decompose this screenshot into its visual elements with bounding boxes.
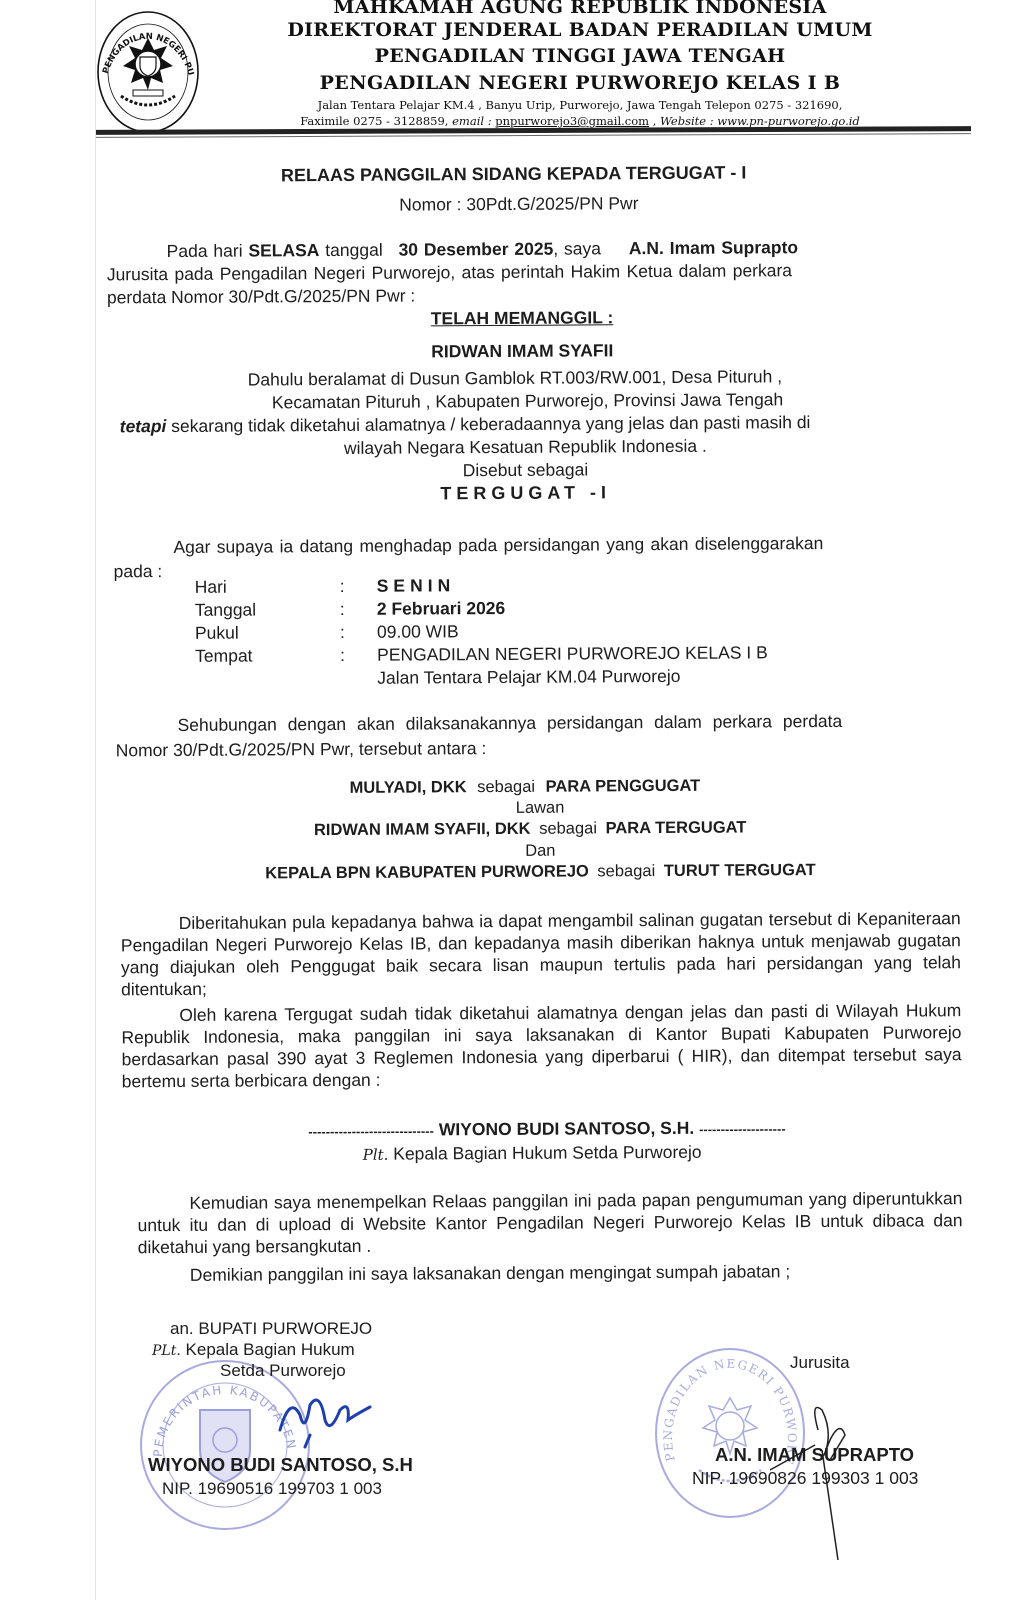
schedule-value: 09.00 WIB — [377, 620, 459, 643]
title-text: Kepala Bagian Hukum — [181, 1340, 355, 1359]
sig-left-title-2: Setda Purworejo — [220, 1360, 346, 1381]
schedule-label: Tanggal — [195, 598, 340, 622]
sig-right-name: A.N. IMAM SUPRAPTO — [715, 1444, 914, 1465]
schedule-row-time: Pukul : 09.00 WIB — [195, 618, 768, 644]
dashes: -------------------- — [699, 1121, 786, 1137]
co-defendant-role: TURUT TERGUGAT — [664, 861, 816, 880]
schedule-value: PENGADILAN NEGERI PURWOREJO KELAS I B — [377, 641, 768, 666]
sig-left-title-1: PLt. Kepala Bagian Hukum — [152, 1339, 355, 1362]
sebagai: sebagai — [477, 778, 535, 796]
schedule-colon: : — [340, 644, 377, 667]
notice-paragraph-1: Diberitahukan pula kepadanya bahwa ia da… — [121, 907, 962, 1000]
schedule-row-day: Hari : SENIN — [195, 572, 768, 598]
email-link[interactable]: pnpurworejo3@gmail.com — [495, 114, 649, 128]
closing-paragraph-1: Kemudian saya menempelkan Relaas panggil… — [137, 1187, 962, 1258]
opening-text: tanggal — [319, 240, 388, 260]
officer-name: A.N. Imam Suprapto — [629, 237, 798, 258]
tetapi: tetapi — [120, 416, 167, 436]
defendant-name: RIDWAN IMAM SYAFII — [0, 337, 1035, 365]
hearing-schedule: Hari : SENIN Tanggal : 2 Februari 2026 P… — [195, 572, 768, 690]
fax: Faximile 0275 - 3128859, — [300, 114, 452, 128]
plaintiff-name: MULYADI, DKK — [350, 778, 467, 797]
dashes: ----------------------------- — [308, 1123, 434, 1139]
case-number: Nomor : 30Pdt.G/2025/PN Pwr — [0, 190, 1035, 218]
document-title: RELAAS PANGGILAN SIDANG KEPADA TERGUGAT … — [0, 160, 1031, 188]
opening-line-3: perdata Nomor 30/Pdt.G/2025/PN Pwr : — [107, 285, 415, 309]
schedule-label: Hari — [195, 575, 340, 599]
sig-right-role: Jurusita — [790, 1352, 850, 1373]
case-line-1: Sehubungan dengan akan dilaksanakannya p… — [177, 710, 842, 736]
schedule-row-date: Tanggal : 2 Februari 2026 — [195, 595, 768, 621]
email-label: email : — [452, 114, 495, 128]
schedule-colon: : — [340, 575, 377, 598]
letterhead-line-3: PENGADILAN TINGGI JAWA TENGAH — [240, 43, 920, 69]
co-defendant-name: KEPALA BPN KABUPATEN PURWOREJO — [265, 862, 589, 882]
schedule-value: SENIN — [377, 574, 456, 597]
letterhead-line-4: PENGADILAN NEGERI PURWOREJO KELAS I B — [240, 69, 920, 97]
schedule-row-place-address: Jalan Tentara Pelajar KM.04 Purworejo — [195, 664, 768, 690]
signature-scribble-left-icon — [270, 1385, 380, 1455]
closing-paragraph-2: Demikian panggilan ini saya laksanakan d… — [190, 1260, 790, 1286]
plt-handwritten: PLt. — [152, 1343, 181, 1359]
sig-left-on-behalf: an. BUPATI PURWOREJO — [170, 1318, 372, 1339]
opening-text: Pada hari — [167, 241, 249, 261]
letterhead-line-2: DIREKTORAT JENDERAL BADAN PERADILAN UMUM — [240, 18, 920, 43]
defendants-name: RIDWAN IMAM SYAFII, DKK — [314, 820, 531, 839]
schedule-label — [195, 667, 340, 691]
hearing-intro: Agar supaya ia datang menghadap pada per… — [173, 532, 823, 558]
letterhead-line-1: MAHKAMAH AGUNG REPUBLIK INDONESIA — [240, 0, 920, 18]
sig-right-nip: NIP. 19690826 199303 1 003 — [692, 1468, 918, 1489]
schedule-row-place: Tempat : PENGADILAN NEGERI PURWOREJO KEL… — [195, 641, 768, 667]
schedule-label: Pukul — [195, 621, 340, 645]
schedule-colon — [340, 667, 377, 690]
met-with-name: WIYONO BUDI SANTOSO, S.H. — [434, 1118, 699, 1140]
opening-text: , saya — [553, 238, 607, 258]
schedule-value: Jalan Tentara Pelajar KM.04 Purworejo — [377, 665, 680, 690]
sig-left-nip: NIP. 19690516 199703 1 003 — [162, 1478, 382, 1499]
unknown-text: sekarang tidak diketahui alamatnya / keb… — [166, 412, 810, 436]
hearing-pada: pada : — [114, 560, 163, 582]
separator: , — [649, 114, 660, 128]
sig-left-name: WIYONO BUDI SANTOSO, S.H — [148, 1454, 413, 1475]
schedule-value: 2 Februari 2026 — [377, 597, 506, 621]
letterhead: MAHKAMAH AGUNG REPUBLIK INDONESIA DIREKT… — [240, 0, 920, 129]
court-logo-icon: PENGADILAN NEGERI PURWOREJO — [93, 8, 203, 136]
opening-day: SELASA — [248, 240, 319, 260]
sebagai: sebagai — [539, 819, 597, 837]
defendant-unknown-1: tetapi sekarang tidak diketahui alamatny… — [120, 411, 811, 437]
position-text: Kepala Bagian Hukum Setda Purworejo — [388, 1142, 701, 1164]
plt-handwritten: Plt. — [363, 1146, 389, 1164]
website-label: Website : — [660, 114, 717, 128]
case-line-2: Nomor 30/Pdt.G/2025/PN Pwr, tersebut ant… — [116, 737, 487, 761]
notice-paragraph-2: Oleh karena Tergugat sudah tidak diketah… — [121, 999, 962, 1092]
defendants-role: PARA TERGUGAT — [606, 818, 747, 837]
schedule-colon: : — [340, 598, 377, 621]
schedule-label: Tempat — [195, 644, 340, 668]
opening-date: 30 Desember 2025 — [398, 239, 553, 260]
letterhead-address: Jalan Tentara Pelajar KM.4 , Banyu Urip,… — [240, 97, 920, 113]
sebagai: sebagai — [597, 862, 655, 880]
opening-line-2: Jurusita pada Pengadilan Negeri Purworej… — [107, 259, 792, 285]
opening-line-1: Pada hari SELASA tanggal 30 Desember 202… — [167, 236, 799, 262]
plaintiff-role: PARA PENGGUGAT — [546, 777, 701, 796]
schedule-colon: : — [340, 621, 377, 644]
